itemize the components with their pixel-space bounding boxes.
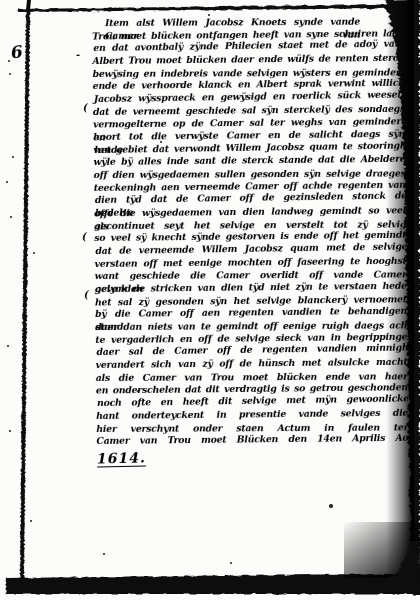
manuscript-text-block: Item alst Willem Jacobsz Knoets synde va… xyxy=(92,14,408,448)
manuscript-line: off dien wÿsgedaemen sullen gesonden sÿn… xyxy=(94,167,406,181)
manuscript-line: want geschiede die Camer overlidt off va… xyxy=(95,269,407,283)
margin-dash-mark: - xyxy=(76,50,80,61)
frame-top-rule xyxy=(18,4,420,12)
margin-paren-mark: ( xyxy=(83,103,88,114)
dateline-year: 1614. xyxy=(97,450,146,467)
manuscript-line: bewÿsing en indebreis vande selvigen wÿs… xyxy=(93,66,405,80)
margin-paren-mark: ( xyxy=(82,232,87,243)
manuscript-line: gecontinuet seyt het selvige en verstelt… xyxy=(94,218,406,232)
manuscript-line: daer dan niets van te gemindt off eenige… xyxy=(95,319,407,333)
frame-left-rule-stub xyxy=(26,0,31,10)
margin-paren-mark: ( xyxy=(84,290,89,301)
frame-left-rule xyxy=(20,8,30,578)
scan-corner-blot xyxy=(352,540,420,594)
frame-bottom-band xyxy=(6,574,420,594)
scan-corner-speckle xyxy=(344,522,420,578)
paper-specks xyxy=(0,0,2,2)
folio-numeral: 6 xyxy=(10,42,24,63)
manuscript-page: 6 - ( ( ( Item alst Willem Jacobsz Knoet… xyxy=(0,0,420,600)
manuscript-line: hier verschynt onder staen Actum in faul… xyxy=(96,421,408,435)
